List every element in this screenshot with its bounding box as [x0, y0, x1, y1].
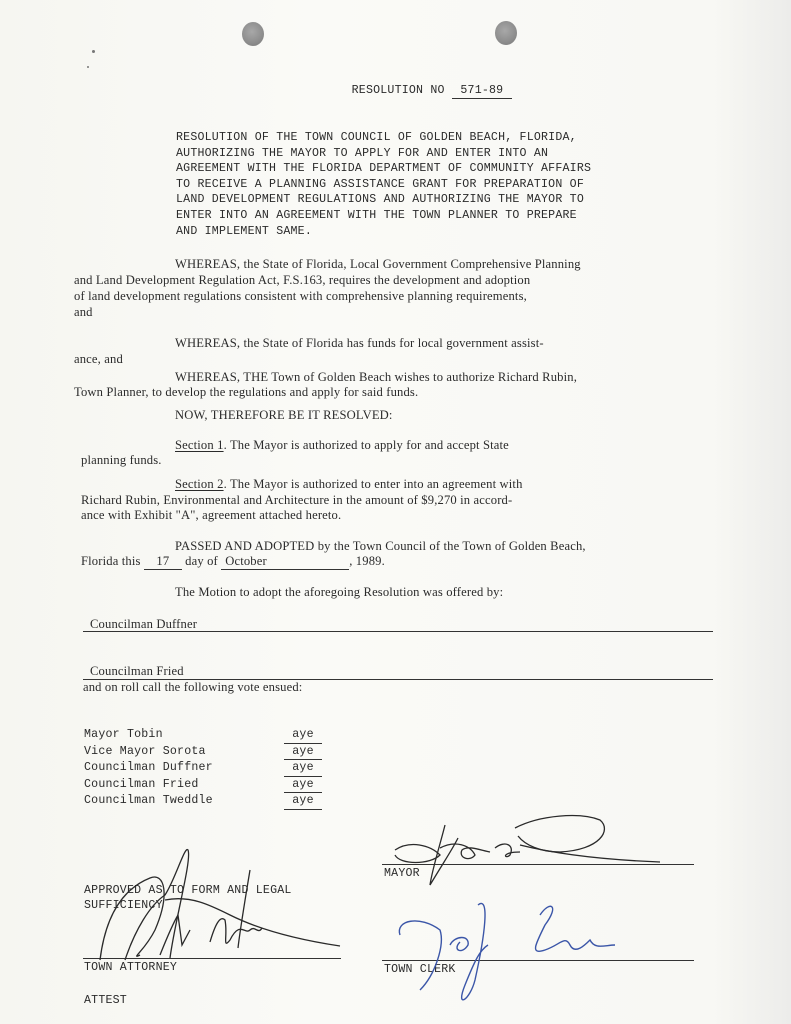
- clerk-signature-icon: [399, 903, 615, 999]
- attorney-signature-icon: [100, 850, 340, 960]
- signatures: [0, 0, 791, 1024]
- document-page: RESOLUTION NO 571-89 RESOLUTION OF THE T…: [0, 0, 791, 1024]
- mayor-signature-icon: [395, 816, 660, 885]
